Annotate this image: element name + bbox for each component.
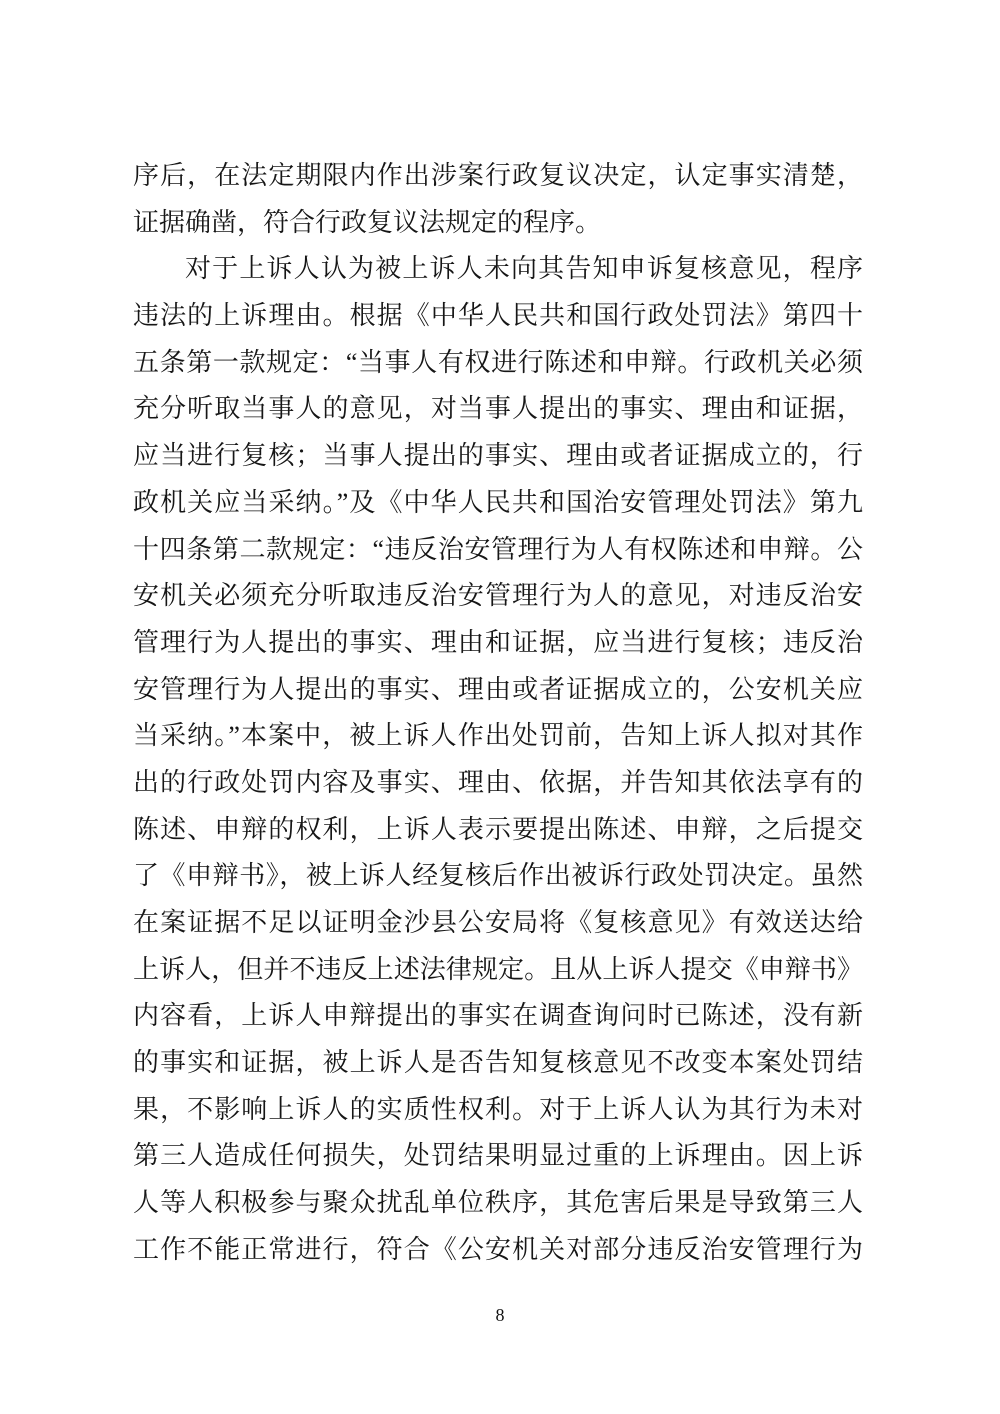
text-line: 陈述、申辩的权利，上诉人表示要提出陈述、申辩，之后提交 xyxy=(133,807,863,854)
document-page: 序后，在法定期限内作出涉案行政复议决定，认定事实清楚，证据确凿，符合行政复议法规… xyxy=(0,0,1000,1414)
text-line: 对于上诉人认为被上诉人未向其告知申诉复核意见，程序 xyxy=(133,246,863,293)
text-line: 的事实和证据，被上诉人是否告知复核意见不改变本案处罚结 xyxy=(133,1040,863,1087)
text-line: 了《申辩书》，被上诉人经复核后作出被诉行政处罚决定。虽然 xyxy=(133,853,863,900)
text-line: 安管理行为人提出的事实、理由或者证据成立的，公安机关应 xyxy=(133,667,863,714)
text-line: 五条第一款规定：“当事人有权进行陈述和申辩。行政机关必须 xyxy=(133,340,863,387)
text-line: 充分听取当事人的意见，对当事人提出的事实、理由和证据， xyxy=(133,386,863,433)
text-line: 证据确凿，符合行政复议法规定的程序。 xyxy=(133,200,863,247)
text-line: 十四条第二款规定：“违反治安管理行为人有权陈述和申辩。公 xyxy=(133,527,863,574)
text-line: 在案证据不足以证明金沙县公安局将《复核意见》有效送达给 xyxy=(133,900,863,947)
text-line: 工作不能正常进行，符合《公安机关对部分违反治安管理行为 xyxy=(133,1227,863,1274)
text-line: 应当进行复核；当事人提出的事实、理由或者证据成立的，行 xyxy=(133,433,863,480)
text-line: 果，不影响上诉人的实质性权利。对于上诉人认为其行为未对 xyxy=(133,1087,863,1134)
text-line: 第三人造成任何损失，处罚结果明显过重的上诉理由。因上诉 xyxy=(133,1133,863,1180)
text-line: 当采纳。”本案中，被上诉人作出处罚前，告知上诉人拟对其作 xyxy=(133,713,863,760)
text-line: 违法的上诉理由。根据《中华人民共和国行政处罚法》第四十 xyxy=(133,293,863,340)
text-line: 管理行为人提出的事实、理由和证据，应当进行复核；违反治 xyxy=(133,620,863,667)
text-line: 政机关应当采纳。”及《中华人民共和国治安管理处罚法》第九 xyxy=(133,480,863,527)
text-line: 序后，在法定期限内作出涉案行政复议决定，认定事实清楚， xyxy=(133,153,863,200)
text-line: 安机关必须充分听取违反治安管理行为人的意见，对违反治安 xyxy=(133,573,863,620)
body-text: 序后，在法定期限内作出涉案行政复议决定，认定事实清楚，证据确凿，符合行政复议法规… xyxy=(133,153,863,1274)
text-line: 内容看，上诉人申辩提出的事实在调查询问时已陈述，没有新 xyxy=(133,993,863,1040)
page-number: 8 xyxy=(0,1303,1000,1327)
text-line: 人等人积极参与聚众扰乱单位秩序，其危害后果是导致第三人 xyxy=(133,1180,863,1227)
text-line: 出的行政处罚内容及事实、理由、依据，并告知其依法享有的 xyxy=(133,760,863,807)
text-line: 上诉人，但并不违反上述法律规定。且从上诉人提交《申辩书》 xyxy=(133,947,863,994)
